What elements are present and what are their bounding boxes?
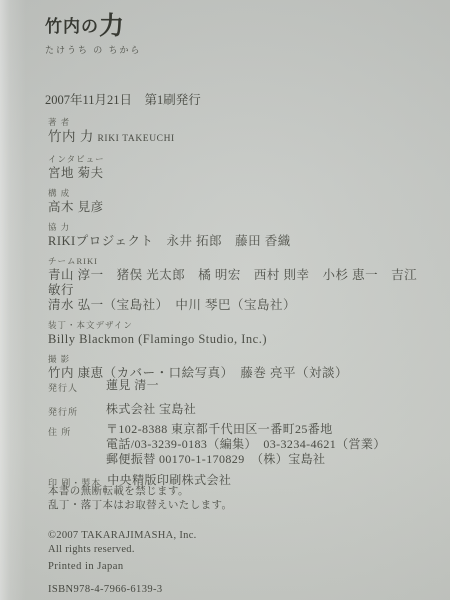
notice-line: 乱丁・落丁本はお取替えいたします。 <box>48 499 232 513</box>
credit-line: Billy Blackmon (Flamingo Studio, Inc.) <box>48 332 428 347</box>
book-title: 竹内の力 <box>45 14 142 40</box>
address-line: 〒102-8388 東京都千代田区一番町25番地 <box>106 422 386 437</box>
credit-photography: 撮 影 竹内 康恵（カバー・口絵写真） 藤巻 亮平（対談） <box>48 354 428 381</box>
publisher-row-hakkonin: 発行人 蓮見 清一 <box>48 378 428 394</box>
author-name-jp: 竹内 力 <box>48 129 94 144</box>
publisher-label: 発行人 <box>48 378 100 394</box>
credit-label: 構 成 <box>48 188 428 198</box>
credit-line: 竹内 力 RIKI TAKEUCHI <box>48 129 428 147</box>
copyright-line: ©2007 TAKARAJIMASHA, Inc. <box>48 529 197 543</box>
credit-line: RIKIプロジェクト 永井 拓郎 藤田 香織 <box>48 234 428 249</box>
publisher-address-lines: 〒102-8388 東京都千代田区一番町25番地 電話/03-3239-0183… <box>106 422 386 467</box>
notice-line: 本書の無断転載を禁じます。 <box>48 485 232 499</box>
copyright-block: ©2007 TAKARAJIMASHA, Inc. All rights res… <box>48 529 197 556</box>
book-title-block: 竹内の力 たけうち の ちから <box>45 14 142 56</box>
colophon-page: 竹内の力 たけうち の ちから 2007年11月21日 第1刷発行 著 者 竹内… <box>0 0 450 600</box>
edition-line: 2007年11月21日 第1刷発行 <box>45 90 201 108</box>
publisher-label: 発行所 <box>48 402 100 418</box>
book-title-main: 竹内の <box>45 17 99 36</box>
credit-cooperation: 協 力 RIKIプロジェクト 永井 拓郎 藤田 香織 <box>48 222 428 249</box>
credit-team-riki: チームRIKI 青山 淳一 猪俣 光太郎 橘 明宏 西村 則幸 小杉 恵一 吉江… <box>48 256 428 313</box>
credit-label: インタビュー <box>48 154 428 164</box>
credit-line: 清水 弘一（宝島社） 中川 琴巴（宝島社） <box>48 298 428 313</box>
credits-section: 著 者 竹内 力 RIKI TAKEUCHI インタビュー 宮地 菊夫 構 成 … <box>48 117 428 388</box>
credit-interview: インタビュー 宮地 菊夫 <box>48 154 428 181</box>
author-name-en: RIKI TAKEUCHI <box>98 134 175 144</box>
book-title-furigana: たけうち の ちから <box>45 43 142 56</box>
credit-author: 著 者 竹内 力 RIKI TAKEUCHI <box>48 117 428 147</box>
credit-label: チームRIKI <box>48 256 428 266</box>
publisher-value: 蓮見 清一 <box>106 378 159 393</box>
credit-label: 撮 影 <box>48 354 428 364</box>
credit-line: 高木 見彦 <box>48 200 428 215</box>
address-line: 電話/03-3239-0183（編集） 03-3234-4621（営業） <box>106 437 386 452</box>
credit-label: 著 者 <box>48 117 428 127</box>
printed-in-line: Printed in Japan <box>48 561 124 572</box>
credit-label: 装丁・本文デザイン <box>48 320 428 330</box>
publisher-label: 住 所 <box>48 422 100 438</box>
book-title-emphasis: 力 <box>99 13 124 40</box>
credit-design: 装丁・本文デザイン Billy Blackmon (Flamingo Studi… <box>48 320 428 347</box>
credit-line: 青山 淳一 猪俣 光太郎 橘 明宏 西村 則幸 小杉 恵一 吉江 敏行 <box>48 268 428 298</box>
credit-label: 協 力 <box>48 222 428 232</box>
publisher-value: 株式会社 宝島社 <box>106 402 196 417</box>
isbn-line: ISBN978-4-7966-6139-3 <box>48 584 163 595</box>
publisher-section: 発行人 蓮見 清一 発行所 株式会社 宝島社 住 所 〒102-8388 東京都… <box>48 378 428 493</box>
publisher-row-hakkosho: 発行所 株式会社 宝島社 <box>48 402 428 418</box>
address-line: 郵便振替 00170-1-170829 （株）宝島社 <box>106 452 386 467</box>
publisher-row-address: 住 所 〒102-8388 東京都千代田区一番町25番地 電話/03-3239-… <box>48 422 428 467</box>
credit-line: 宮地 菊夫 <box>48 166 428 181</box>
legal-notices: 本書の無断転載を禁じます。 乱丁・落丁本はお取替えいたします。 <box>48 485 232 512</box>
credit-composition: 構 成 高木 見彦 <box>48 188 428 215</box>
copyright-line: All rights reserved. <box>48 543 197 557</box>
